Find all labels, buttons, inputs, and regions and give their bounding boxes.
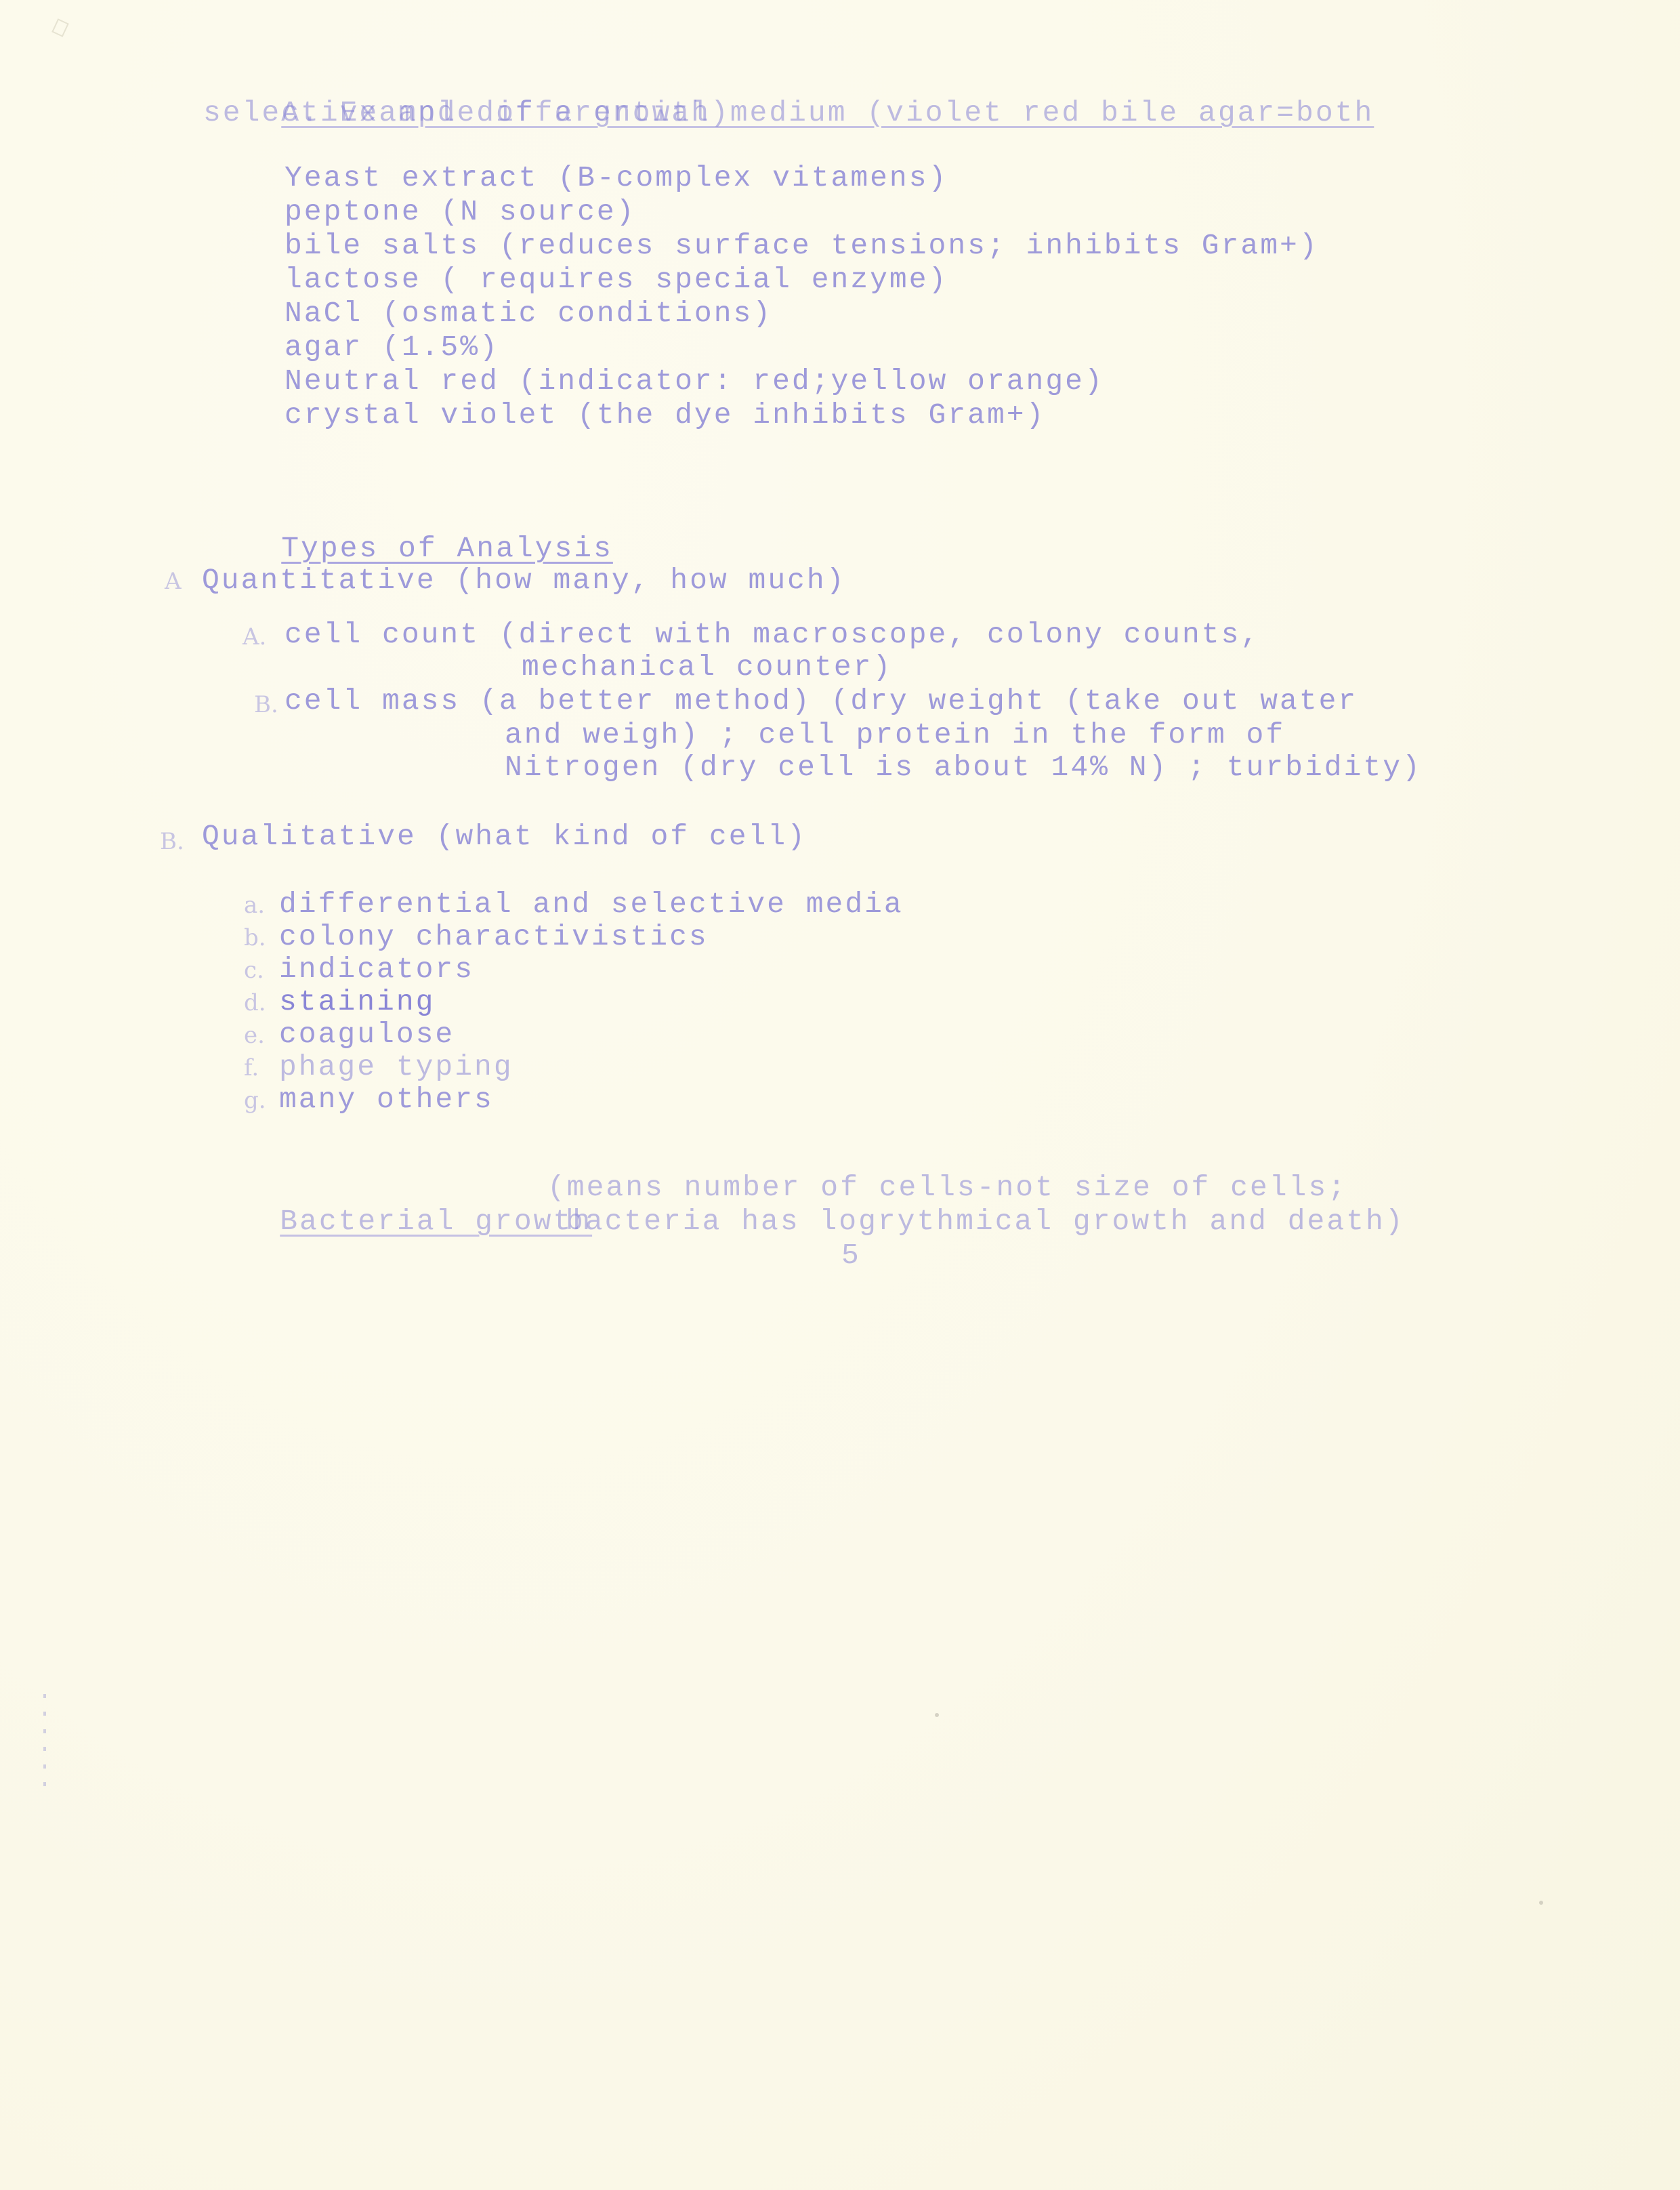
cell-mass-line3: Nitrogen (dry cell is about 14% N) ; tur… <box>505 751 1422 785</box>
qualitative-label: Qualitative (what kind of cell) <box>202 820 807 854</box>
bacterial-growth-line2: bacteria has logrythmical growth and dea… <box>566 1205 1405 1239</box>
qualitative-item-text: many others <box>279 1083 494 1117</box>
types-of-analysis-heading-text: Types of Analysis <box>281 532 613 565</box>
bacterial-growth-heading-text: Bacterial growth <box>280 1205 592 1238</box>
cell-mass-line2: and weigh) ; cell protein in the form of <box>505 718 1285 752</box>
qualitative-item-marker: f. <box>244 1054 259 1081</box>
qualitative-item-text: differential and selective media <box>279 888 904 922</box>
ingredient-item: Yeast extract (B-complex vitamens) <box>285 161 948 195</box>
qualitative-item-marker: a. <box>244 892 265 919</box>
paper-speck <box>1539 1901 1543 1905</box>
page-number: 5 <box>841 1239 861 1273</box>
qualitative-item-marker: b. <box>244 924 266 951</box>
qualitative-marker: B. <box>160 828 184 855</box>
qualitative-item-text: phage typing <box>279 1050 513 1084</box>
cell-count-line2: mechanical counter) <box>522 650 892 684</box>
corner-blemish <box>51 18 69 37</box>
qualitative-item-text: coagulose <box>279 1018 455 1052</box>
bacterial-growth-line1: (means number of cells-not size of cells… <box>547 1171 1347 1205</box>
quantitative-marker: A <box>165 568 182 595</box>
cell-count-marker: A. <box>243 623 266 650</box>
section-a-heading-line2: selective and differential) <box>203 96 730 130</box>
ingredient-item: agar (1.5%) <box>285 331 499 365</box>
ingredient-item: bile salts (reduces surface tensions; in… <box>285 229 1319 263</box>
ingredient-item: NaCl (osmatic conditions) <box>285 297 772 331</box>
cell-mass-marker: B. <box>254 691 278 718</box>
qualitative-item-text: colony charactivistics <box>279 920 709 954</box>
qualitative-item-marker: d. <box>244 989 266 1016</box>
ingredient-item: Neutral red (indicator: red;yellow orang… <box>285 365 1104 398</box>
paper-speck <box>935 1713 939 1717</box>
document-page: A. Example of a growth medium (violet re… <box>0 0 1680 2190</box>
quantitative-label: Quantitative (how many, how much) <box>202 564 846 598</box>
cell-count-line1: cell count (direct with macroscope, colo… <box>285 618 1260 652</box>
qualitative-item-text: staining <box>279 985 435 1019</box>
qualitative-item-marker: e. <box>244 1022 265 1049</box>
bacterial-growth-heading: Bacterial growth <box>202 1171 592 1273</box>
ingredient-item: peptone (N source) <box>285 195 635 229</box>
qualitative-item-marker: c. <box>244 957 264 984</box>
qualitative-item-text: indicators <box>279 953 474 987</box>
ingredient-item: crystal violet (the dye inhibits Gram+) <box>285 398 1045 432</box>
qualitative-item-marker: g. <box>244 1087 266 1114</box>
margin-marks <box>43 1694 46 1796</box>
cell-mass-line1: cell mass (a better method) (dry weight … <box>285 684 1358 718</box>
ingredient-item: lactose ( requires special enzyme) <box>285 263 948 297</box>
